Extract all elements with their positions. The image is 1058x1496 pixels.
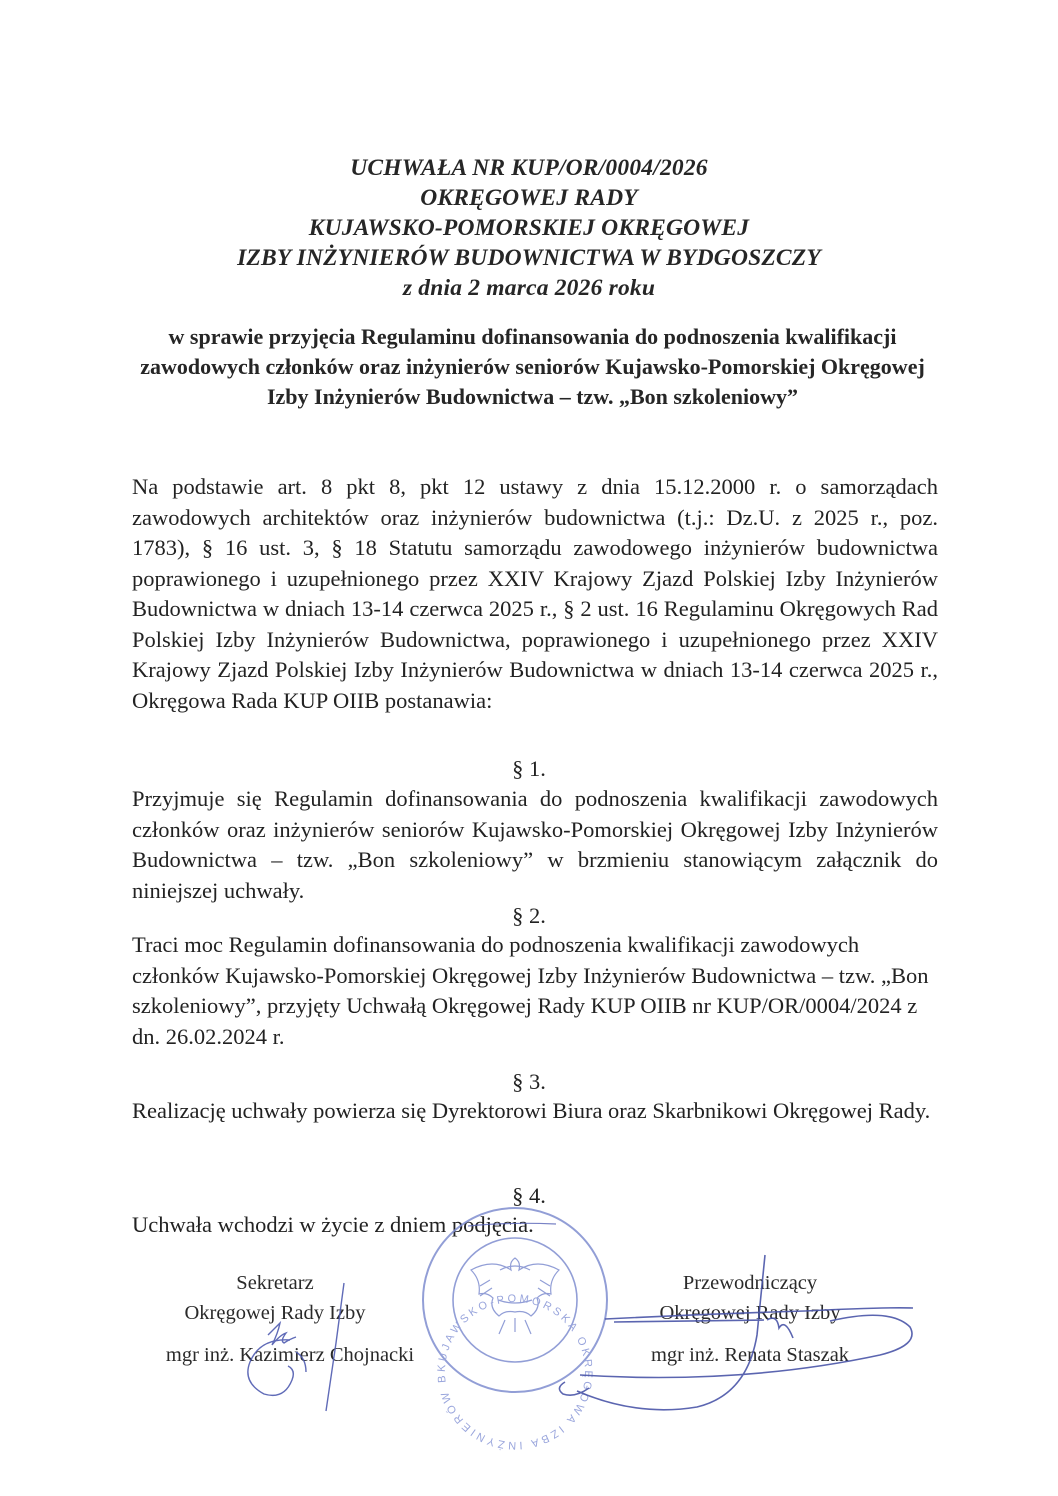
preamble-paragraph: Na podstawie art. 8 pkt 8, pkt 12 ustawy… — [132, 472, 938, 716]
section-text-3: Realizację uchwały powierza się Dyrektor… — [132, 1096, 938, 1127]
secretary-role-line-2: Okręgowej Rady Izby — [130, 1298, 420, 1328]
section-heading-1: § 1. — [0, 756, 1058, 782]
secretary-role-line-1: Sekretarz — [130, 1268, 420, 1298]
section-text-1: Przyjmuje się Regulamin dofinansowania d… — [132, 784, 938, 906]
title-line-council: OKRĘGOWEJ RADY — [0, 183, 1058, 213]
resolution-title: UCHWAŁA NR KUP/OR/0004/2026 OKRĘGOWEJ RA… — [0, 153, 1058, 303]
section-text-4: Uchwała wchodzi w życie z dniem podjęcia… — [132, 1210, 938, 1241]
title-line-chamber: KUJAWSKO-POMORSKIEJ OKRĘGOWEJ — [0, 213, 1058, 243]
title-line-date: z dnia 2 marca 2026 roku — [0, 273, 1058, 303]
section-heading-3: § 3. — [0, 1069, 1058, 1095]
chairperson-role-line-1: Przewodniczący — [600, 1268, 900, 1298]
eagle-emblem-icon — [471, 1258, 559, 1334]
chairperson-role-line-2: Okręgowej Rady Izby — [600, 1298, 900, 1328]
secretary-name: mgr inż. Kazimierz Chojnacki — [130, 1340, 450, 1370]
chairperson-name: mgr inż. Renata Staszak — [590, 1340, 910, 1370]
title-line-number: UCHWAŁA NR KUP/OR/0004/2026 — [0, 153, 1058, 183]
section-heading-4: § 4. — [0, 1183, 1058, 1209]
secretary-role: Sekretarz Okręgowej Rady Izby — [130, 1268, 420, 1328]
section-heading-2: § 2. — [0, 903, 1058, 929]
section-text-2: Traci moc Regulamin dofinansowania do po… — [132, 930, 938, 1052]
title-line-chamber-city: IZBY INŻYNIERÓW BUDOWNICTWA W BYDGOSZCZY — [0, 243, 1058, 273]
document-page: UCHWAŁA NR KUP/OR/0004/2026 OKRĘGOWEJ RA… — [0, 0, 1058, 1496]
resolution-subject: w sprawie przyjęcia Regulaminu dofinanso… — [130, 322, 935, 412]
chairperson-role: Przewodniczący Okręgowej Rady Izby — [600, 1268, 900, 1328]
